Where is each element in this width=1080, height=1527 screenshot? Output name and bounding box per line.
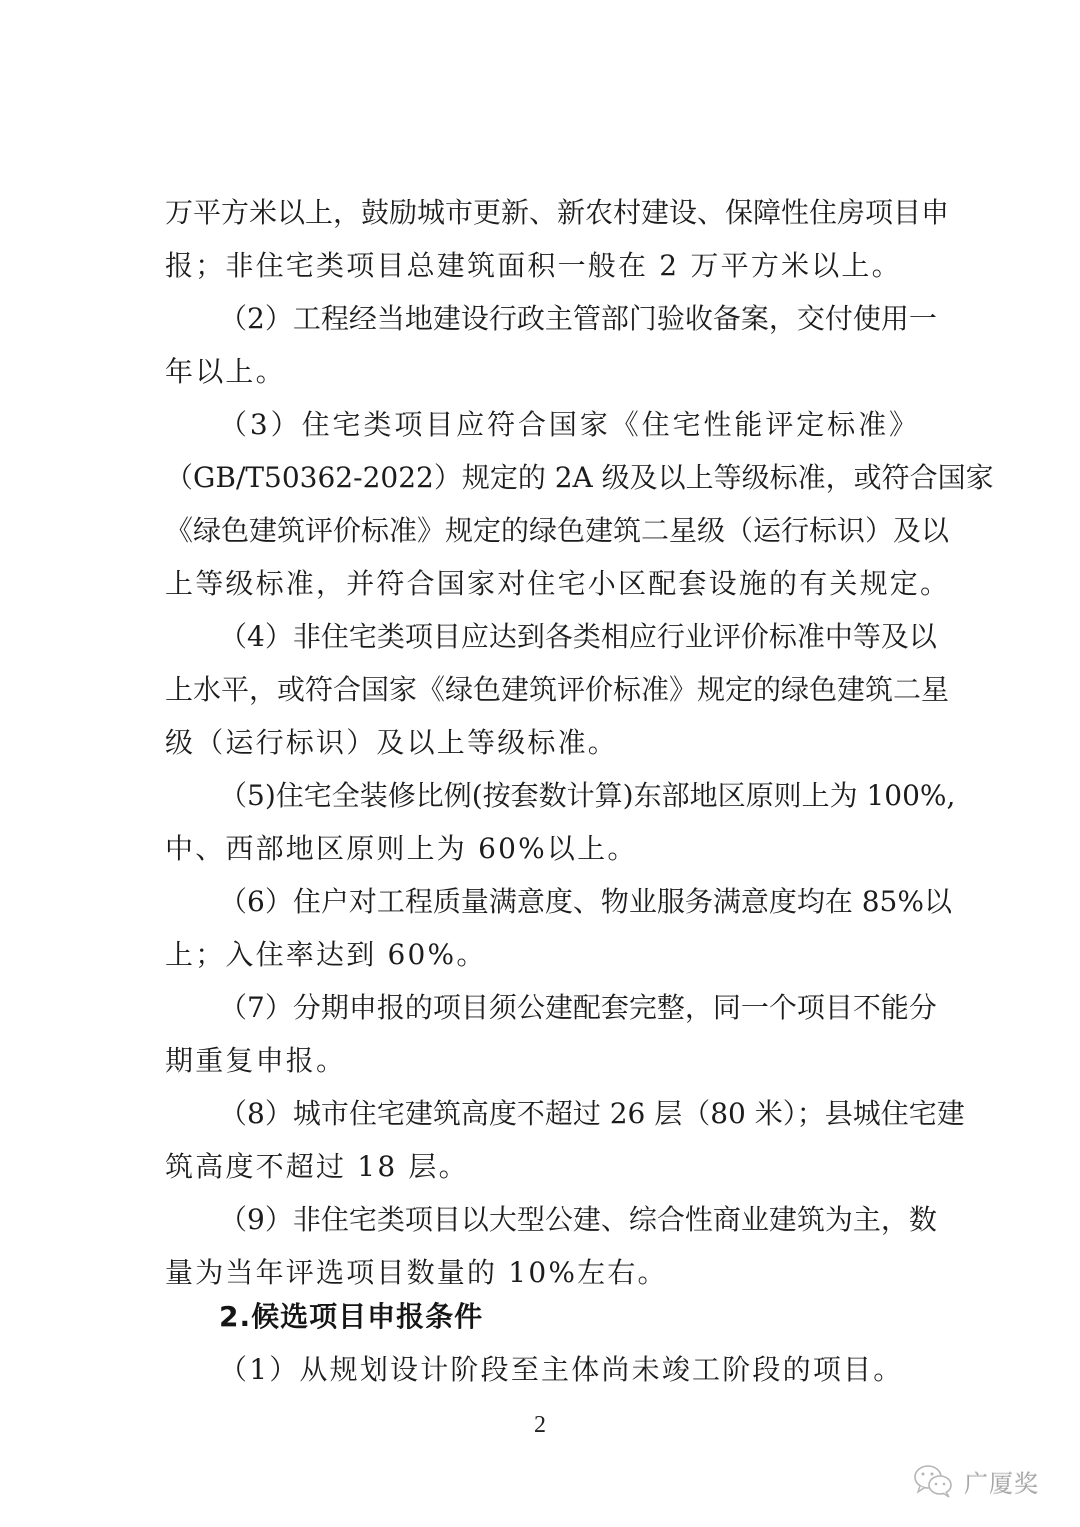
text-line: 上等级标准，并符合国家对住宅小区配套设施的有关规定。 [165, 564, 917, 604]
section-heading: 2.候选项目申报条件 [219, 1297, 971, 1337]
text-line: 期重复申报。 [165, 1041, 917, 1081]
list-item-1: （1）从规划设计阶段至主体尚未竣工阶段的项目。 [219, 1350, 917, 1390]
text-line: 中、西部地区原则上为 60%以上。 [165, 829, 917, 869]
text-line: 级（运行标识）及以上等级标准。 [165, 723, 917, 763]
list-item-6: （6）住户对工程质量满意度、物业服务满意度均在 85%以 [219, 882, 917, 922]
list-item-8: （8）城市住宅建筑高度不超过 26 层（80 米）；县城住宅建 [219, 1094, 917, 1134]
document-page: 万平方米以上，鼓励城市更新、新农村建设、保障性住房项目申 报；非住宅类项目总建筑… [0, 0, 1080, 1527]
text-line: （GB/T50362-2022）规定的 2A 级及以上等级标准，或符合国家 [165, 458, 917, 498]
text-line: 年以上。 [165, 352, 917, 392]
text-line: 万平方米以上，鼓励城市更新、新农村建设、保障性住房项目申 [165, 193, 917, 233]
text-line: 上水平，或符合国家《绿色建筑评价标准》规定的绿色建筑二星 [165, 670, 917, 710]
watermark-text: 广厦奖 [964, 1464, 1039, 1499]
list-item-3: （3）住宅类项目应符合国家《住宅性能评定标准》 [219, 405, 917, 445]
list-item-2: （2）工程经当地建设行政主管部门验收备案，交付使用一 [219, 299, 917, 339]
list-item-9: （9）非住宅类项目以大型公建、综合性商业建筑为主，数 [219, 1200, 917, 1240]
list-item-7: （7）分期申报的项目须公建配套完整，同一个项目不能分 [219, 988, 917, 1028]
text-line: 报；非住宅类项目总建筑面积一般在 2 万平方米以上。 [165, 246, 917, 286]
text-line: 《绿色建筑评价标准》规定的绿色建筑二星级（运行标识）及以 [165, 511, 917, 551]
text-line: 筑高度不超过 18 层。 [165, 1147, 917, 1187]
list-item-5: （5)住宅全装修比例(按套数计算)东部地区原则上为 100%, [219, 776, 917, 816]
watermark: 广厦奖 [912, 1461, 1039, 1501]
text-line: 上；入住率达到 60%。 [165, 935, 917, 975]
wechat-icon [912, 1463, 956, 1499]
text-line: 量为当年评选项目数量的 10%左右。 [165, 1253, 917, 1293]
list-item-4: （4）非住宅类项目应达到各类相应行业评价标准中等及以 [219, 617, 917, 657]
page-number: 2 [0, 1412, 1080, 1439]
